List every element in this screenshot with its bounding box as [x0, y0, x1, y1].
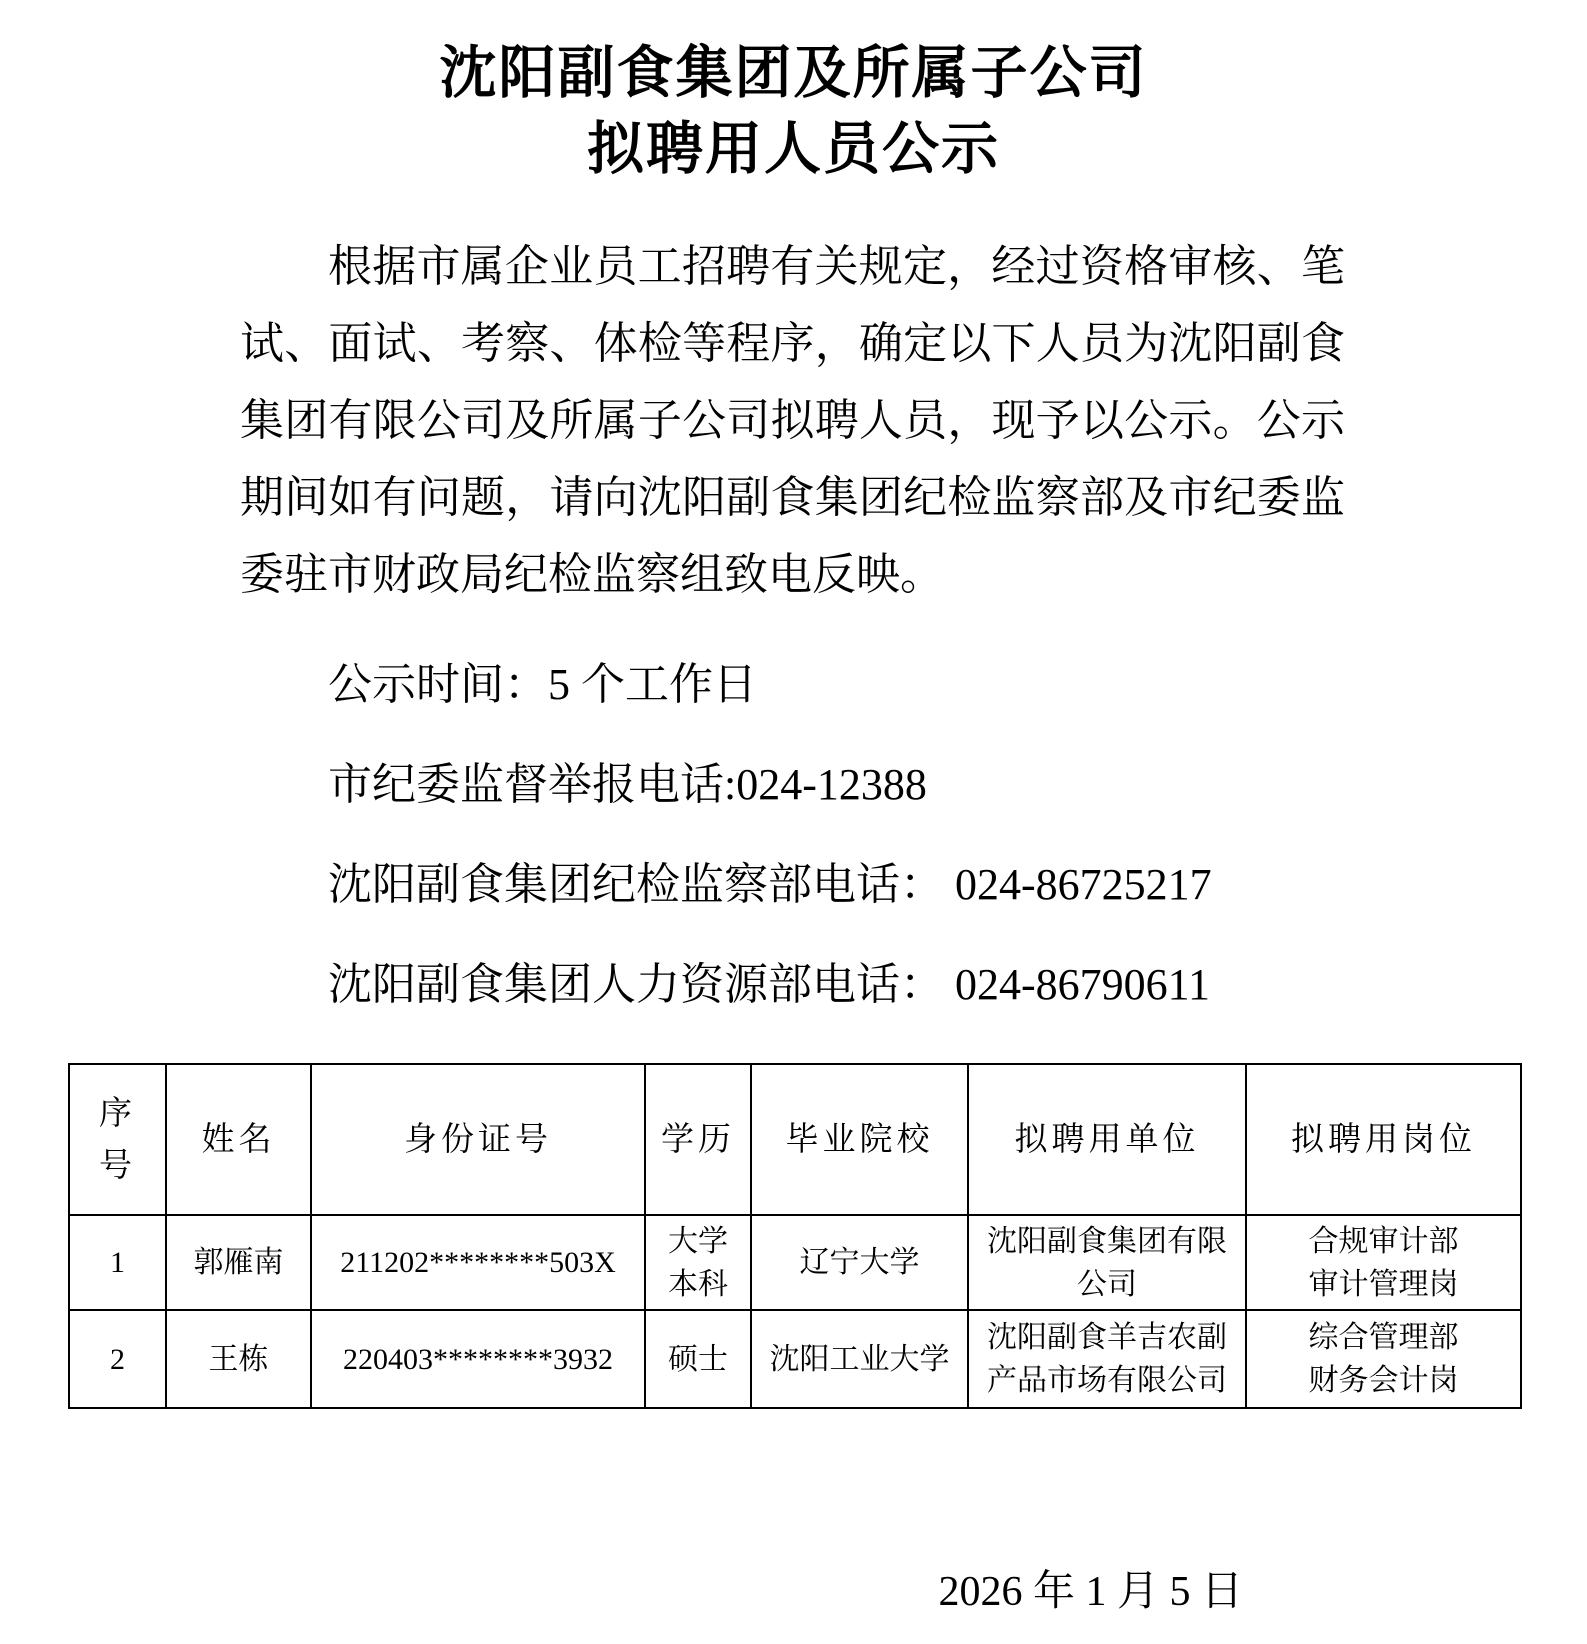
candidate-row-2: 2 王栋 220403********3932 硕士 沈阳工业大学 沈阳副食羊吉…	[69, 1310, 1521, 1408]
document-title-line1: 沈阳副食集团及所属子公司	[0, 36, 1587, 112]
cell-employer: 沈阳副食羊吉农副 产品市场有限公司	[968, 1310, 1246, 1408]
cell-position: 综合管理部 财务会计岗	[1246, 1310, 1521, 1408]
cell-position: 合规审计部 审计管理岗	[1246, 1215, 1521, 1310]
announcement-paragraph: 根据市属企业员工招聘有关规定，经过资格审核、笔试、面试、考察、体检等程序，确定以…	[240, 228, 1345, 613]
publicity-period-line: 公示时间：5 个工作日	[240, 663, 1345, 707]
header-employer: 拟聘用单位	[968, 1064, 1246, 1215]
cell-seq: 1	[69, 1215, 166, 1310]
document-date: 2026 年 1 月 5 日	[0, 1569, 1587, 1615]
cell-name: 郭雁南	[166, 1215, 311, 1310]
header-education: 学历	[645, 1064, 751, 1215]
cell-name: 王栋	[166, 1310, 311, 1408]
cell-school: 沈阳工业大学	[751, 1310, 968, 1408]
cell-id-number: 211202********503X	[311, 1215, 645, 1310]
cell-id-number: 220403********3932	[311, 1310, 645, 1408]
document-title-line2: 拟聘用人员公示	[0, 112, 1587, 188]
header-school: 毕业院校	[751, 1064, 968, 1215]
header-id-number: 身份证号	[311, 1064, 645, 1215]
cell-seq: 2	[69, 1310, 166, 1408]
header-name: 姓名	[166, 1064, 311, 1215]
header-seq: 序 号	[69, 1064, 166, 1215]
cell-education: 硕士	[645, 1310, 751, 1408]
table-header-row: 序 号 姓名 身份证号 学历 毕业院校 拟聘用单位 拟聘用岗位	[69, 1064, 1521, 1215]
document-title: 沈阳副食集团及所属子公司 拟聘用人员公示	[0, 36, 1587, 188]
city-commission-hotline-line: 市纪委监督举报电话:024-12388	[240, 763, 1345, 807]
header-position: 拟聘用岗位	[1246, 1064, 1521, 1215]
cell-school: 辽宁大学	[751, 1215, 968, 1310]
hr-dept-phone-line: 沈阳副食集团人力资源部电话： 024-86790611	[240, 963, 1345, 1007]
discipline-dept-phone-line: 沈阳副食集团纪检监察部电话： 024-86725217	[240, 863, 1345, 907]
document-body: 根据市属企业员工招聘有关规定，经过资格审核、笔试、面试、考察、体检等程序，确定以…	[240, 228, 1345, 1007]
cell-education: 大学 本科	[645, 1215, 751, 1310]
candidate-row-1: 1 郭雁南 211202********503X 大学 本科 辽宁大学 沈阳副食…	[69, 1215, 1521, 1310]
cell-employer: 沈阳副食集团有限 公司	[968, 1215, 1246, 1310]
hired-candidates-table: 序 号 姓名 身份证号 学历 毕业院校 拟聘用单位 拟聘用岗位 1 郭雁南 21…	[68, 1063, 1522, 1409]
document-page: 沈阳副食集团及所属子公司 拟聘用人员公示 根据市属企业员工招聘有关规定，经过资格…	[0, 0, 1587, 1644]
